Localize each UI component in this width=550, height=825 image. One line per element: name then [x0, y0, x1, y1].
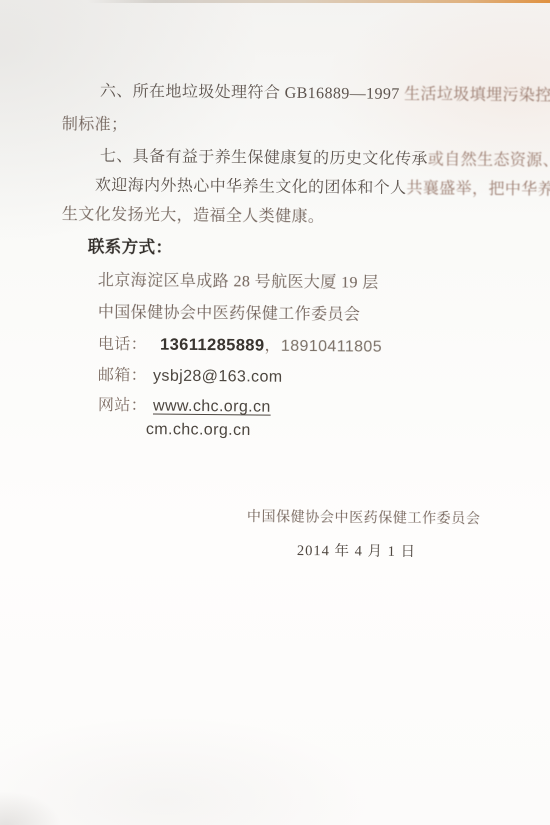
phone-separator: ， — [264, 338, 281, 355]
website-url-secondary: cm.chc.org.cn — [146, 421, 251, 440]
phone-number-secondary: 18910411805 — [281, 338, 382, 356]
email-line: 邮箱：ysbj28@163.com — [98, 362, 283, 387]
text-run-blurred: 生活垃圾填埋污染控 — [404, 86, 550, 104]
scanned-document-page: 六、所在地垃圾处理符合 GB16889—1997 生活垃圾填埋污染控 制标准； … — [0, 0, 550, 825]
signature-organization: 中国保健协会中医药保健工作委员会 — [247, 506, 481, 528]
address-line-2: 中国保健协会中医药保健工作委员会 — [98, 299, 361, 325]
website-label: 网站： — [98, 397, 147, 414]
email-label: 邮箱： — [98, 367, 147, 384]
signature-date: 2014 年 4 月 1 日 — [297, 539, 416, 561]
item-seven-line-3: 生文化发扬光大，造福全人类健康。 — [62, 201, 325, 227]
item-seven-line-2: 欢迎海内外热心中华养生文化的团体和个人共襄盛举，把中华养 — [95, 172, 550, 199]
photo-corner-shadow — [0, 791, 62, 825]
text-run-blurred: 或自然生态资源、 — [428, 151, 550, 169]
item-six-line-1: 六、所在地垃圾处理符合 GB16889—1997 生活垃圾填埋污染控 — [100, 78, 550, 105]
item-six-line-2: 制标准； — [62, 111, 128, 135]
email-value: ysbj28@163.com — [153, 368, 283, 386]
text-run-blurred: 共襄盛举，把中华养 — [406, 180, 550, 198]
phone-number-primary: 13611285889 — [160, 336, 265, 355]
contact-heading: 联系方式： — [88, 233, 173, 258]
website-line: 网站：www.chc.org.cn — [98, 392, 271, 417]
text-run-sharp: 六、所在地垃圾处理符合 GB16889—1997 — [100, 83, 404, 103]
text-run-sharp: 七、具备有益于养生保健康复的历史文化传承 — [100, 148, 428, 168]
website-url: www.chc.org.cn — [153, 398, 271, 416]
phone-label: 电话： — [98, 336, 147, 353]
phone-line: 电话：13611285889，18910411805 — [98, 331, 382, 357]
text-run-sharp: 欢迎海内外热心中华养生文化的团体和个人 — [95, 177, 407, 197]
photo-top-edge — [0, 0, 550, 3]
item-seven-line-1: 七、具备有益于养生保健康复的历史文化传承或自然生态资源、 — [100, 143, 550, 170]
address-line-1: 北京海淀区阜成路 28 号航医大厦 19 层 — [98, 267, 379, 293]
